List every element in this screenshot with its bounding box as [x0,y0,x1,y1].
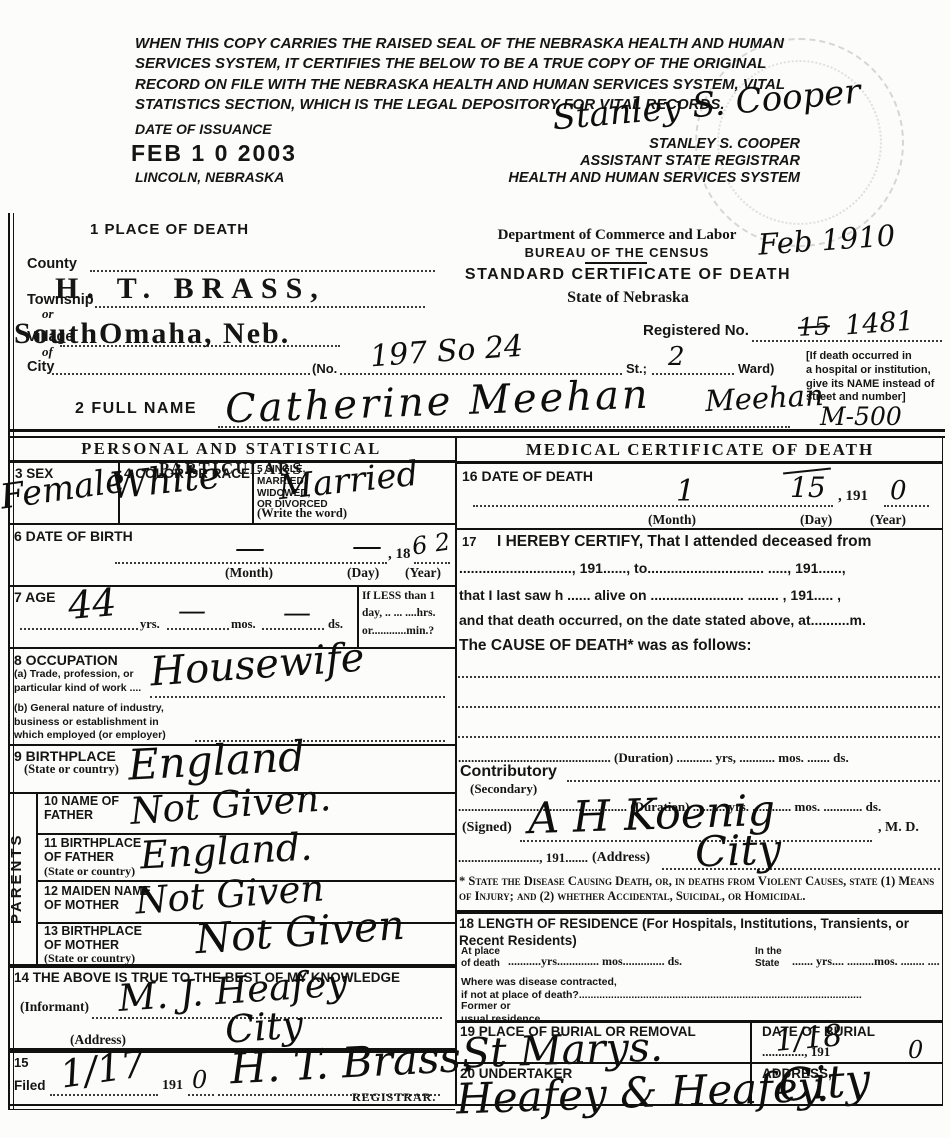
death-certificate-scan: WHEN THIS COPY CARRIES THE RAISED SEAL O… [0,0,950,1138]
father-birthplace-handwriting: England. [139,828,313,875]
filed-year-digit-handwriting: 0 [192,1068,207,1092]
place-of-death-label: 1 PLACE OF DEATH [90,221,249,238]
death-day-handwriting: 15 [790,474,826,502]
occupation-handwriting: Housewife [149,638,366,693]
cause-blank-line-1 [458,676,940,678]
signer-name: STANLEY S. COOPER [440,136,800,152]
filed-section-no: 15 [14,1055,28,1070]
left-bottom-rule [8,1104,455,1110]
cause-blank-line-2 [458,706,940,708]
hospital-note: [If death occurred in a hospital or inst… [806,350,950,405]
brass-stamp-line1: H. T. BRASS, [55,272,326,306]
death-month-handwriting: 1 [676,477,695,507]
burial-top-heavy-rule [455,1020,943,1023]
certify-line4: and that death occurred, on the date sta… [459,612,941,628]
date-of-death-dots [473,505,833,507]
dob-year-handwriting: 6 2 [411,529,452,558]
undertaker-address-handwriting: City [777,1057,872,1108]
age-yrs-label: yrs. [140,617,160,632]
date-of-death-label: 16 DATE OF DEATH [462,468,593,484]
signed-label: (Signed) [462,820,512,836]
father-name-label: 10 NAME OF FATHER [44,794,119,823]
filed-label: Filed [14,1078,46,1093]
age-handwriting: 44 [66,583,117,625]
mother-birthplace-handwriting: Not Given [194,905,406,961]
file-code-handwriting: M-500 [820,404,902,429]
undertaker-handwriting: Heafey & Heafey. [455,1066,829,1121]
informant-label: (Informant) [20,999,89,1015]
death-year-handwriting: 0 [890,478,907,504]
cause-blank-line-3 [458,736,940,738]
father-birthplace-label: 11 BIRTHPLACE OF FATHER [44,836,141,865]
dod-bottom-rule [455,528,943,530]
signed-address-label: (Address) [592,850,650,866]
occupation-label: 8 OCCUPATION [14,652,118,668]
residence-in-state-units: ....... yrs.... .........mos. ........ .… [792,954,940,969]
residence-in-state-label: In the State [755,946,782,970]
city-label: City [27,359,54,375]
filed-year-dots [188,1094,214,1096]
ward-handwriting: 2 [668,344,685,370]
left-border-outer [8,213,10,1110]
street-number-handwriting: 197 So 24 [369,332,524,373]
issuance-date-stamp: FEB 1 0 2003 [131,140,297,167]
residence-at-place-units: ...........yrs.............. mos........… [508,954,738,969]
registrar-label: REGISTRAR. [352,1090,436,1105]
city-dotted-line [52,373,310,375]
age-mos-dots [167,628,229,630]
header-divider-rule [8,429,945,438]
age-ds-dash-handwriting: — [283,599,311,627]
burial-date-handwriting: 1/18 [774,1021,844,1057]
date-of-issuance-label: DATE OF ISSUANCE [135,121,272,137]
cause-of-death-label: The CAUSE OF DEATH* was as follows: [459,637,752,655]
bureau-underline [585,262,647,264]
registered-no-handwriting: 1481 [844,308,914,340]
residence-where-contracted: Where was disease contracted, if not at … [461,976,939,1002]
full-name-correction-handwriting: Meehan [704,381,824,416]
dob-month-dash-handwriting: — [235,534,265,564]
certificate-title: STANDARD CERTIFICATE OF DEATH [458,266,798,284]
race-marital-divider [252,462,254,523]
age-label: 7 AGE [14,589,56,605]
death-day-label: (Day) [800,512,832,528]
dob-label: 6 DATE OF BIRTH [14,528,133,544]
burial-year-handwriting: 0 [908,1038,923,1062]
date-of-death-year-printed: , 191 [838,488,868,505]
certify-line2: ............................., 191......… [459,560,941,576]
dob-month-label: (Month) [225,565,273,581]
dob-year-prefix: , 18 [388,546,411,563]
marital-sublabel: (Write the word) [257,506,347,521]
occupation-a-dots [150,696,445,698]
less-than-note: If LESS than 1 day, .. ... ....hrs. or..… [362,588,452,640]
dob-day-dash-handwriting: — [352,532,382,562]
dob-day-label: (Day) [347,565,379,581]
race-handwriting: White [108,456,222,504]
residence-top-heavy-rule [455,910,943,914]
certify-line1: I HEREBY CERTIFY, That I attended deceas… [497,533,871,551]
state-line: State of Nebraska [458,289,798,307]
age-mos-label: mos. [231,617,256,632]
registered-no-label: Registered No. [643,322,749,339]
right-bottom-rule [455,1104,943,1106]
filed-date-handwriting: 1/17 [58,1044,148,1094]
death-year-label: (Year) [870,512,906,528]
department-line: Department of Commerce and Labor [462,227,772,244]
full-name-label: 2 FULL NAME [75,400,197,418]
county-label: County [27,256,77,272]
age-ds-label: ds. [328,617,343,632]
row345-bottom-rule [8,523,455,525]
md-label: , M. D. [878,820,919,836]
signer-org: HEALTH AND HUMAN SERVICES SYSTEM [440,170,800,186]
contributory-label: Contributory [460,763,557,781]
registered-no-struck: 15 [797,313,830,340]
township-dotted-line [95,306,425,308]
issuance-place: LINCOLN, NEBRASKA [135,169,284,185]
parents-label: PARENTS [8,792,36,964]
filed-year-printed: 191 [162,1078,183,1094]
age-yrs-dots [20,628,138,630]
certify-section-no: 17 [462,534,476,549]
age-mos-dash-handwriting: — [178,597,206,625]
parents-strip-divider [36,792,38,964]
contributory-dots [567,780,940,782]
bureau-line: BUREAU OF THE CENSUS [462,245,772,260]
center-divider [455,436,457,1104]
street-no-label: (No. [312,361,337,376]
residence-at-place-label: At place of death [461,946,500,970]
dob-year-dotted-line [414,562,450,564]
parents-bottom-heavy-rule [8,964,455,968]
right-border [942,436,943,1104]
brass-stamp-line2: SouthOmaha, Neb. [14,317,290,351]
medical-section-title: MEDICAL CERTIFICATE OF DEATH [458,440,942,460]
father-birthplace-sublabel: (State or country) [44,864,135,879]
physician-address-handwriting: City [694,829,782,874]
residence-label: 18 LENGTH OF RESIDENCE (For Hospitals, I… [459,916,939,950]
feb-1910-handwriting: Feb 1910 [757,221,896,260]
death-month-label: (Month) [648,512,696,528]
occupation-b-label: (b) General nature of industry, business… [14,702,209,743]
ward-label: Ward) [738,361,774,376]
cause-footnote: * State the Disease Causing Death, or, i… [459,874,943,905]
full-name-handwriting: Catherine Meehan [224,375,651,430]
dob-year-label: (Year) [405,565,441,581]
mother-birthplace-label: 13 BIRTHPLACE OF MOTHER [44,924,142,953]
signer-title: ASSISTANT STATE REGISTRAR [440,153,800,169]
signed-year-line: ........................., 191....... [458,850,588,866]
certify-line3: that I last saw h ...... alive on ......… [459,587,941,603]
burial-bottom-rule [455,1062,943,1064]
ward-dotted-line [652,373,734,375]
birthplace-sublabel: (State or country) [24,762,119,777]
registrar-name-handwriting: H. T. Brass. [229,1036,475,1091]
medical-title-rule [455,461,943,464]
